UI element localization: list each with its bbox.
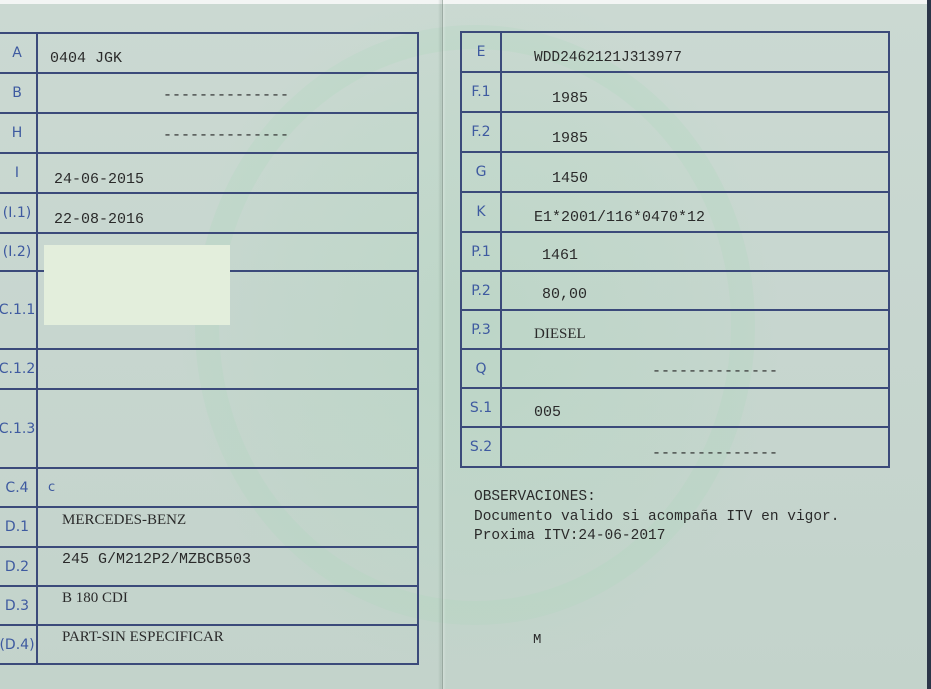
field-value: -------------- [37,113,418,153]
page-fold-line [442,0,443,689]
engine-power: 80,00 [542,286,587,303]
row-g: G 1450 [461,152,889,192]
field-label: Q [461,349,501,388]
seat-count: 005 [534,404,561,421]
field-value: E1*2001/116*0470*12 [501,192,889,232]
observations-block: OBSERVACIONES:Documento valido si acompa… [474,488,839,547]
field-value: -------------- [501,427,889,467]
vin-number: WDD2462121J313977 [534,50,682,66]
row-p2: P.2 80,00 [461,271,889,310]
field-label: G [461,152,501,192]
field-value: 1450 [501,152,889,192]
field-label: D.1 [0,507,37,547]
field-label: I [0,153,37,193]
field-label: (D.4) [0,625,37,664]
field-label: P.2 [461,271,501,310]
row-q: Q -------------- [461,349,889,388]
observations-line-2: Proxima ITV:24-06-2017 [474,527,839,547]
type-approval-number: E1*2001/116*0470*12 [534,209,705,226]
row-i: I 24-06-2015 [0,153,418,193]
row-b: B -------------- [0,73,418,113]
date-value: 22-08-2016 [54,211,144,228]
field-value-plate: 0404 JGK [37,33,418,73]
field-value-model: B 180 CDI [37,586,418,625]
field-label: (I.2) [0,233,37,271]
field-value-vin: WDD2462121J313977 [501,32,889,72]
row-e: E WDD2462121J313977 [461,32,889,72]
field-label: S.1 [461,388,501,427]
engine-capacity: 1461 [542,247,578,264]
row-s1: S.1 005 [461,388,889,427]
row-f1: F.1 1985 [461,72,889,112]
plate-number: 0404 JGK [50,50,122,67]
row-f2: F.2 1985 [461,112,889,152]
field-value [37,349,418,389]
row-d1: D.1 MERCEDES-BENZ [0,507,418,547]
c4-value: c [48,480,55,495]
row-p3: P.3 DIESEL [461,310,889,349]
field-label: C.1.1 [0,271,37,349]
field-value: 1461 [501,232,889,271]
right-registration-table: E WDD2462121J313977 F.1 1985 F.2 1985 G … [460,31,890,468]
row-i1: (I.1) 22-08-2016 [0,193,418,233]
field-label: A [0,33,37,73]
field-value: 005 [501,388,889,427]
row-d2: D.2 245 G/M212P2/MZBCB503 [0,547,418,586]
field-label: F.1 [461,72,501,112]
field-label: C.1.3 [0,389,37,468]
field-label: D.2 [0,547,37,586]
field-label: K [461,192,501,232]
empty-dashes: -------------- [652,363,778,380]
row-s2: S.2 -------------- [461,427,889,467]
empty-dashes: -------------- [163,127,289,144]
date-value: 24-06-2015 [54,171,144,188]
mass-in-service: 1450 [552,170,588,187]
redacted-owner-block [44,245,230,325]
top-edge [0,0,931,4]
vehicle-category: PART-SIN ESPECIFICAR [62,629,224,645]
field-label: P.3 [461,310,501,349]
field-value-type: 245 G/M212P2/MZBCB503 [37,547,418,586]
observations-mark: M [533,632,541,648]
field-label: (I.1) [0,193,37,233]
field-value: -------------- [501,349,889,388]
field-value-category: PART-SIN ESPECIFICAR [37,625,418,664]
field-value-issue-date: 22-08-2016 [37,193,418,233]
row-c4: C.4 c [0,468,418,507]
field-value: 1985 [501,112,889,152]
right-edge-shadow [927,0,931,689]
field-label: P.1 [461,232,501,271]
field-value: 1985 [501,72,889,112]
row-k: K E1*2001/116*0470*12 [461,192,889,232]
vehicle-model: B 180 CDI [62,590,128,606]
row-d4: (D.4) PART-SIN ESPECIFICAR [0,625,418,664]
field-value: DIESEL [501,310,889,349]
field-value: -------------- [37,73,418,113]
field-label: C.4 [0,468,37,507]
fuel-type: DIESEL [534,326,586,342]
row-c12: C.1.2 [0,349,418,389]
vehicle-make: MERCEDES-BENZ [62,512,186,528]
field-label: B [0,73,37,113]
row-d3: D.3 B 180 CDI [0,586,418,625]
field-value [37,389,418,468]
field-label: D.3 [0,586,37,625]
empty-dashes: -------------- [163,87,289,104]
row-h: H -------------- [0,113,418,153]
field-value: c [37,468,418,507]
field-label: C.1.2 [0,349,37,389]
observations-heading: OBSERVACIONES: [474,488,839,508]
max-mass-service: 1985 [552,130,588,147]
field-value-make: MERCEDES-BENZ [37,507,418,547]
empty-dashes: -------------- [652,445,778,462]
field-label: E [461,32,501,72]
field-label: F.2 [461,112,501,152]
row-c13: C.1.3 [0,389,418,468]
row-a: A 0404 JGK [0,33,418,73]
vehicle-type: 245 G/M212P2/MZBCB503 [62,551,251,568]
field-value-first-registration: 24-06-2015 [37,153,418,193]
max-mass: 1985 [552,90,588,107]
left-registration-table: A 0404 JGK B -------------- H ----------… [0,32,419,665]
observations-line-1: Documento valido si acompaña ITV en vigo… [474,508,839,528]
field-label: S.2 [461,427,501,467]
field-value: 80,00 [501,271,889,310]
row-p1: P.1 1461 [461,232,889,271]
field-label: H [0,113,37,153]
